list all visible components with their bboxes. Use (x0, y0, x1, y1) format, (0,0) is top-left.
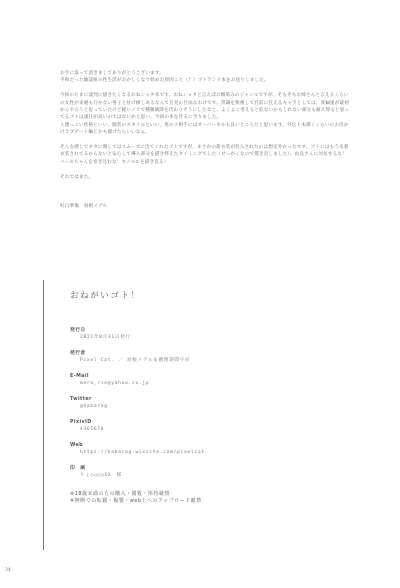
field-label: 発行日 (70, 327, 350, 334)
field-value: @habarag (70, 403, 350, 410)
field-label: Twitter (70, 396, 350, 403)
notice-no-reproduction: ※無断での転載・複製・web上へのアップロード厳禁 (70, 498, 350, 505)
field-value: 2021年8月31日発行 (70, 334, 350, 341)
colophon-field-twitter: Twitter @habarag (70, 396, 350, 410)
colophon-field-web: Web https://habarag.wixsite.com/pixelcat (70, 442, 350, 456)
field-label: E-Mail (70, 373, 350, 380)
field-value: Pixel Cat. ／ 羽根メグル＆優理期間守府 (70, 357, 350, 364)
colophon-field-publisher: 発行者 Pixel Cat. ／ 羽根メグル＆優理期間守府 (70, 350, 350, 364)
field-label: Web (70, 442, 350, 449)
colophon-field-publish-date: 発行日 2021年8月31日発行 (70, 327, 350, 341)
colophon-field-email: E-Mail meru_rie@yahoo.co.jp (70, 373, 350, 387)
document-page: { "afterword": { "paragraphs": [ "お手に取って… (0, 0, 400, 588)
afterword-paragraph-greeting: お手に取って頂きましてありがとうございます。 平和だった雑談組の性生活がおかしく… (60, 70, 350, 85)
field-value: ちょ○○○○XX 様 (70, 472, 350, 479)
colophon-field-pixiv-id: PixivID 4365678 (70, 419, 350, 433)
field-value: 4365678 (70, 426, 350, 433)
field-label: 印 刷 (70, 465, 350, 472)
field-value: https://habarag.wixsite.com/pixelcat (70, 449, 350, 456)
field-label: PixivID (70, 419, 350, 426)
colophon: おねがいゴト！ 発行日 2021年8月31日発行 発行者 Pixel Cat. … (70, 289, 350, 505)
book-title: おねがいゴト！ (70, 289, 350, 301)
legal-notices: ※18歳未満の方の購入・閲覧・所持厳禁 ※無断での転載・複製・web上へのアップ… (70, 491, 350, 505)
afterword-paragraph-theme: 今回のたまに凄烈に描きたくなるおねショタ本です。おねショタと言えばお馴染みのジャ… (60, 92, 350, 136)
page-number: 34 (5, 568, 11, 573)
afterword-signature: 好日準備 羽根メグル (60, 203, 350, 210)
afterword-paragraph-closing: それではまた。 (60, 174, 350, 181)
colophon-field-printer: 印 刷 ちょ○○○○XX 様 (70, 465, 350, 479)
field-value: meru_rie@yahoo.co.jp (70, 380, 350, 387)
afterword-paragraph-costume: そんな感じでネタに関してはスムーズに出てくれたゴトですが、まさかの新衣装が投入さ… (60, 144, 350, 166)
colophon-vertical-rule (43, 280, 44, 550)
field-label: 発行者 (70, 350, 350, 357)
afterword: お手に取って頂きましてありがとうございます。 平和だった雑談組の性生活がおかしく… (60, 70, 350, 210)
